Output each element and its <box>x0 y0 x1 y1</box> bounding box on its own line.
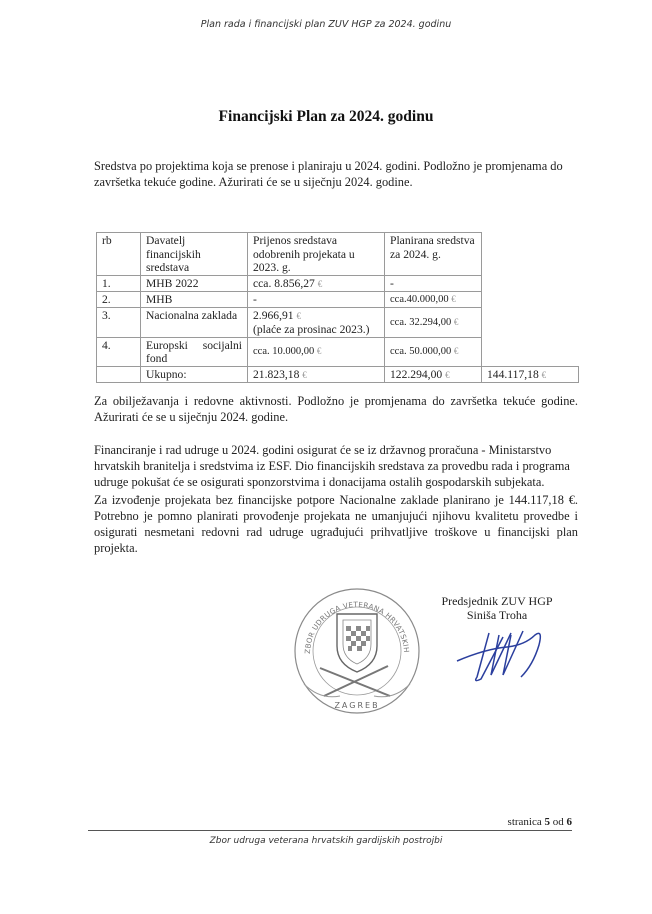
empty-cell <box>482 275 579 292</box>
header-transfer: Prijenos sredstava odobrenih projekata u… <box>248 233 385 276</box>
euro-sign: € <box>317 346 322 356</box>
table-total-row: Ukupno: 21.823,18 € 122.294,00 € 144.117… <box>97 366 579 383</box>
transfer-value: - <box>253 293 257 306</box>
cell-transfer: cca. 10.000,00 € <box>248 337 385 366</box>
footer-organization: Zbor udruga veterana hrvatskih gardijski… <box>0 836 652 846</box>
seal-city: ZAGREB <box>334 701 379 710</box>
page-title: Financijski Plan za 2024. godinu <box>0 108 652 126</box>
page-of: od <box>553 816 564 828</box>
signature-block: Predsjednik ZUV HGP Siniša Troha <box>432 594 562 622</box>
total-transfer-value: 21.823,18 <box>253 368 299 381</box>
euro-sign: € <box>542 370 547 380</box>
transfer-value: cca. 10.000,00 <box>253 346 314 357</box>
planned-value: cca.40.000,00 <box>390 294 449 305</box>
euro-sign: € <box>445 370 450 380</box>
cell-provider: MHB <box>141 292 248 308</box>
euro-sign: € <box>454 317 459 327</box>
empty-cell <box>482 292 579 308</box>
page-total: 6 <box>567 816 573 828</box>
signatory-name: Siniša Troha <box>432 608 562 622</box>
cell-planned: - <box>385 275 482 292</box>
cell-transfer: 2.966,91 € (plaće za prosinac 2023.) <box>248 307 385 337</box>
association-seal-icon: ZBOR UDRUGA VETERANA HRVATSKIH GARDIJSKI… <box>290 584 424 718</box>
cell-provider: MHB 2022 <box>141 275 248 292</box>
seal-ring-text: ZBOR UDRUGA VETERANA HRVATSKIH GARDIJSKI… <box>290 584 411 654</box>
projects-paragraph: Za izvođenje projekata bez financijske p… <box>94 492 578 556</box>
activities-paragraph: Za obilježavanja i redovne aktivnosti. P… <box>94 393 578 425</box>
empty-cell <box>482 337 579 366</box>
funding-paragraph: Financiranje i rad udruge u 2024. godini… <box>94 442 578 490</box>
total-planned-value: 122.294,00 <box>390 368 442 381</box>
cell-rb: 4. <box>97 337 141 366</box>
grand-total-value: 144.117,18 <box>487 368 539 381</box>
table-header-row: rb Davatelj financijskih sredstava Prije… <box>97 233 579 276</box>
euro-sign: € <box>296 311 301 321</box>
cell-provider: Europski socijalni fond <box>141 337 248 366</box>
cell-transfer: - <box>248 292 385 308</box>
svg-text:ZBOR UDRUGA VETERANA HRVATSKIH: ZBOR UDRUGA VETERANA HRVATSKIH GARDIJSKI… <box>290 584 411 654</box>
transfer-value: 2.966,91 <box>253 309 294 322</box>
transfer-value: cca. 8.856,27 <box>253 277 315 290</box>
euro-sign: € <box>454 346 459 356</box>
planned-value: cca. 50.000,00 <box>390 346 451 357</box>
intro-paragraph: Sredstva po projektima koja se prenose i… <box>94 158 578 190</box>
signatory-role: Predsjednik ZUV HGP <box>432 594 562 608</box>
header-planned: Planirana sredstva za 2024. g. <box>385 233 482 276</box>
euro-sign: € <box>302 370 307 380</box>
empty-cell <box>482 307 579 337</box>
total-label: Ukupno: <box>141 366 248 383</box>
handwritten-signature-icon <box>455 625 545 685</box>
table-row: 3. Nacionalna zaklada 2.966,91 € (plaće … <box>97 307 579 337</box>
total-transfer: 21.823,18 € <box>248 366 385 383</box>
empty-cell <box>482 233 579 276</box>
grand-total: 144.117,18 € <box>482 366 579 383</box>
table-row: 4. Europski socijalni fond cca. 10.000,0… <box>97 337 579 366</box>
transfer-note: (plaće za prosinac 2023.) <box>253 323 370 336</box>
cell-planned: cca. 50.000,00 € <box>385 337 482 366</box>
cell-planned: cca.40.000,00 € <box>385 292 482 308</box>
cell-transfer: cca. 8.856,27 € <box>248 275 385 292</box>
footer-divider <box>88 830 572 831</box>
euro-sign: € <box>451 294 456 304</box>
header-rb: rb <box>97 233 141 276</box>
cell-rb: 1. <box>97 275 141 292</box>
cell-rb: 3. <box>97 307 141 337</box>
page-number: stranica 5 od 6 <box>508 816 572 828</box>
planned-value: cca. 32.294,00 <box>390 317 451 328</box>
cell-rb <box>97 366 141 383</box>
cell-provider: Nacionalna zaklada <box>141 307 248 337</box>
page-current: 5 <box>545 816 551 828</box>
table-row: 1. MHB 2022 cca. 8.856,27 € - <box>97 275 579 292</box>
cell-planned: cca. 32.294,00 € <box>385 307 482 337</box>
table-row: 2. MHB - cca.40.000,00 € <box>97 292 579 308</box>
running-header: Plan rada i financijski plan ZUV HGP za … <box>0 19 652 30</box>
page-label: stranica <box>508 816 542 828</box>
total-planned: 122.294,00 € <box>385 366 482 383</box>
header-provider: Davatelj financijskih sredstava <box>141 233 248 276</box>
planned-value: - <box>390 277 394 290</box>
cell-rb: 2. <box>97 292 141 308</box>
euro-sign: € <box>318 279 323 289</box>
financial-plan-table: rb Davatelj financijskih sredstava Prije… <box>96 232 579 383</box>
